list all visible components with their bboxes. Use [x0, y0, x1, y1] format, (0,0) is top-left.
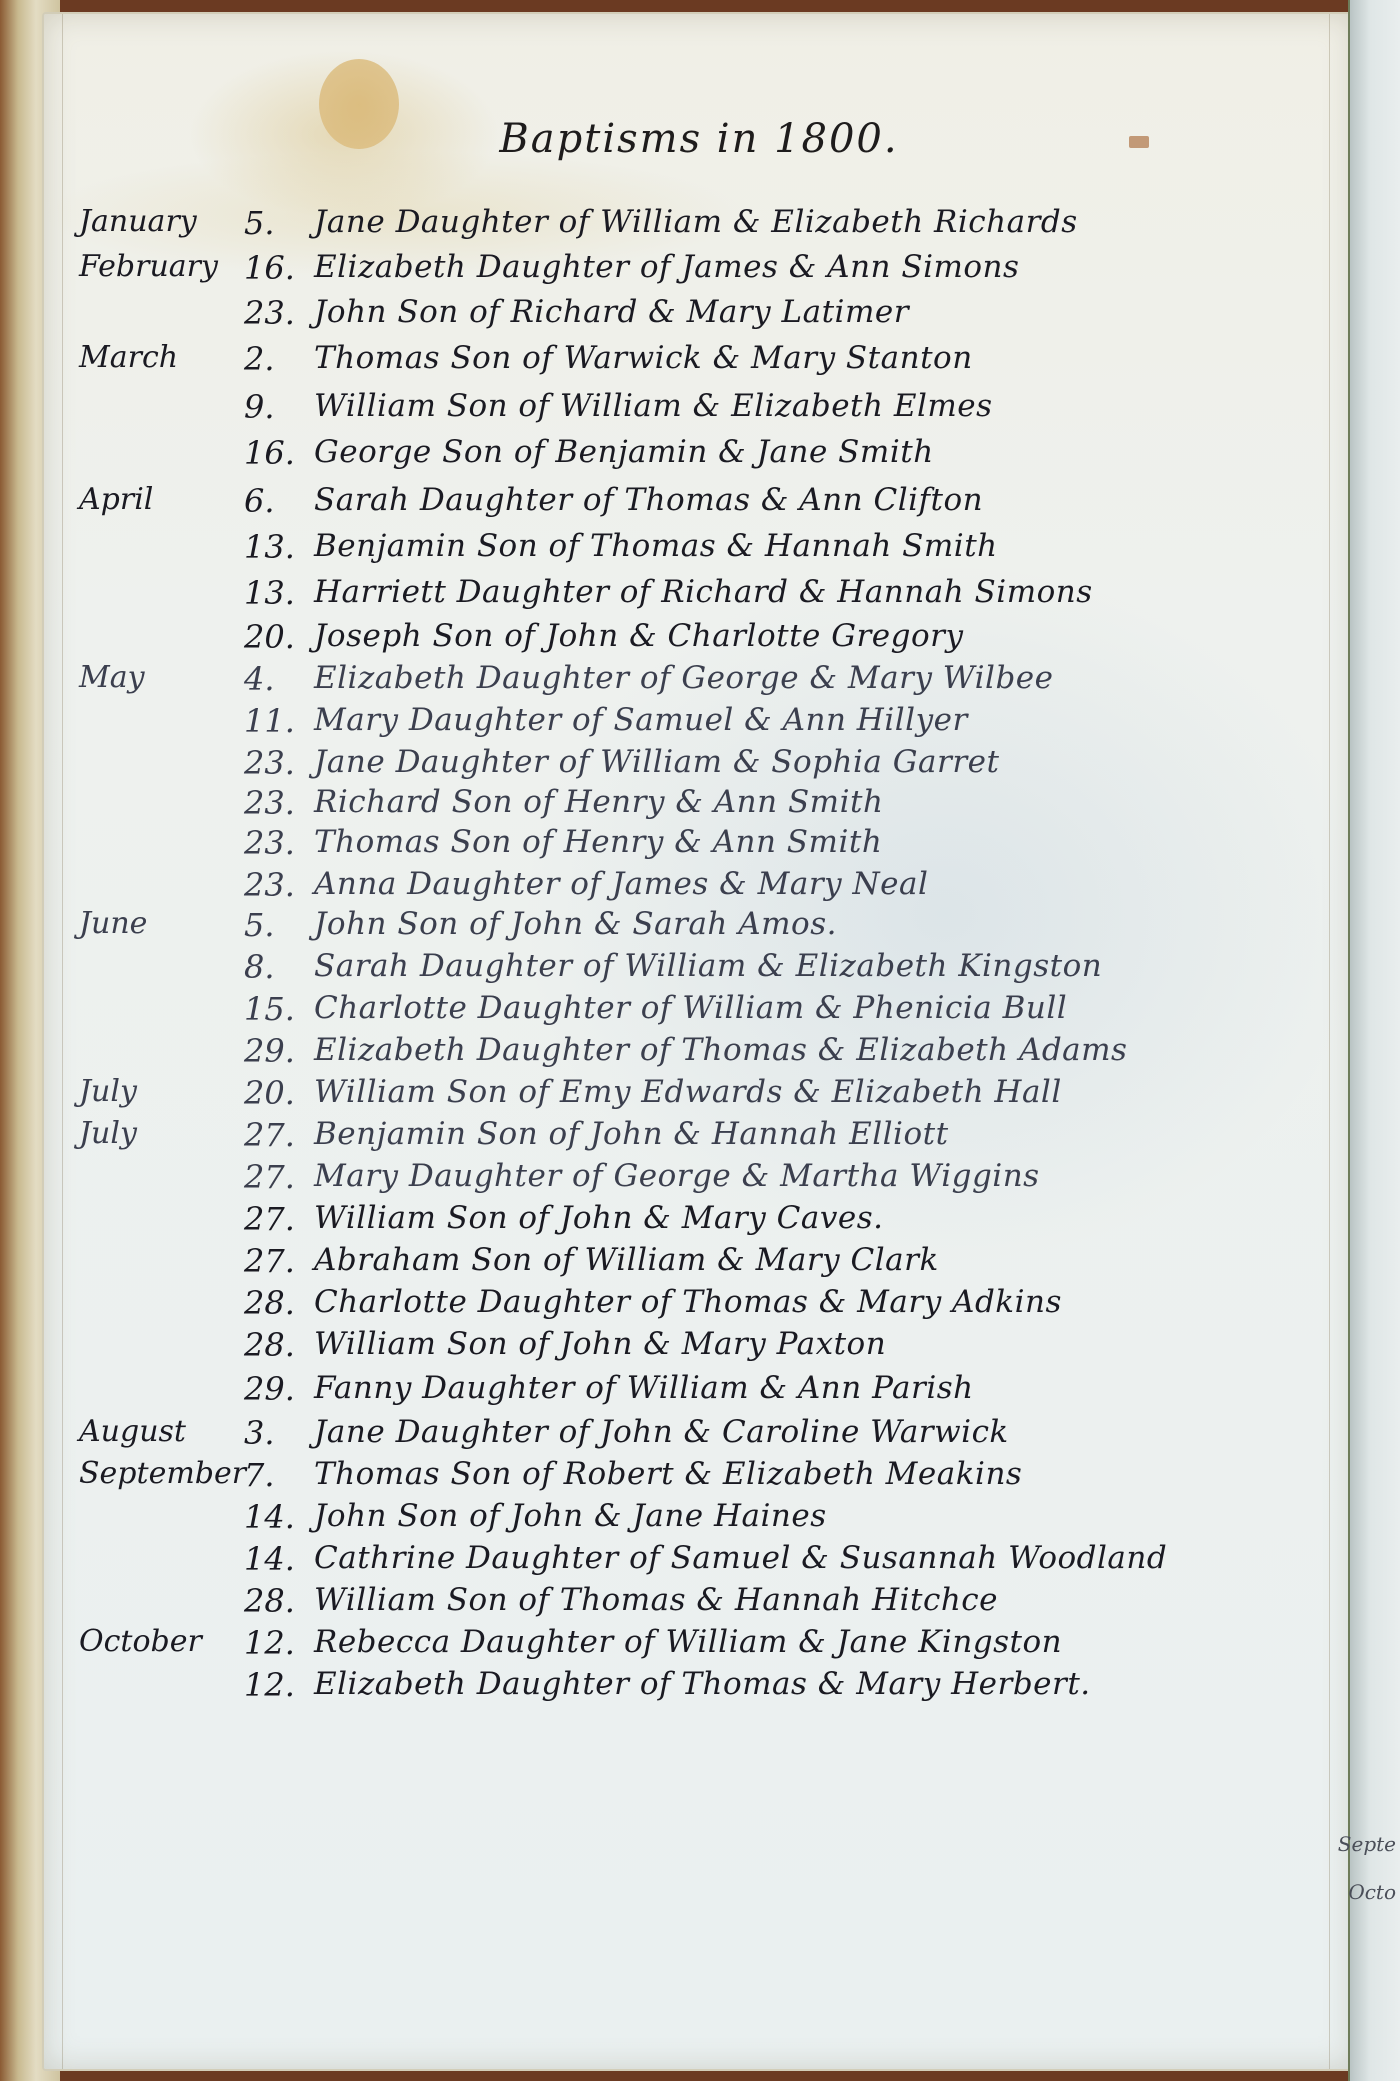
entry-text: Benjamin Son of John & Hannah Elliott: [314, 1116, 949, 1152]
entry-day: 29.: [244, 1370, 314, 1408]
baptism-entry: 14.Cathrine Daughter of Samuel & Susanna…: [44, 1540, 1354, 1582]
baptism-entry: 13.Harriett Daughter of Richard & Hannah…: [44, 574, 1354, 616]
entry-month: October: [79, 1624, 239, 1659]
baptism-entry: September7.Thomas Son of Robert & Elizab…: [44, 1456, 1354, 1498]
baptism-entry: October12.Rebecca Daughter of William & …: [44, 1624, 1354, 1666]
baptism-entry: 27.William Son of John & Mary Caves.: [44, 1200, 1354, 1242]
entry-text: Mary Daughter of Samuel & Ann Hillyer: [314, 702, 968, 738]
entry-day: 27.: [244, 1242, 314, 1280]
entry-day: 5.: [244, 906, 314, 944]
entry-month: February: [79, 249, 239, 284]
entry-text: John Son of John & Jane Haines: [314, 1498, 827, 1534]
baptism-entry: 9.William Son of William & Elizabeth Elm…: [44, 388, 1354, 430]
entry-text: Joseph Son of John & Charlotte Gregory: [314, 618, 964, 654]
entry-day: 14.: [244, 1498, 314, 1536]
entry-month: March: [79, 340, 239, 375]
baptism-entry: 29.Fanny Daughter of William & Ann Paris…: [44, 1370, 1354, 1412]
baptism-entry: 12.Elizabeth Daughter of Thomas & Mary H…: [44, 1666, 1354, 1708]
entry-text: Sarah Daughter of William & Elizabeth Ki…: [314, 948, 1102, 984]
baptism-entry: 28.William Son of John & Mary Paxton: [44, 1326, 1354, 1368]
baptism-entry: July27.Benjamin Son of John & Hannah Ell…: [44, 1116, 1354, 1158]
entry-day: 27.: [244, 1200, 314, 1238]
register-page: Baptisms in 1800. January5.Jane Daughter…: [42, 12, 1356, 2071]
entry-text: Jane Daughter of William & Elizabeth Ric…: [314, 204, 1078, 240]
entry-month: September: [79, 1456, 239, 1491]
entry-day: 28.: [244, 1326, 314, 1364]
entry-text: Jane Daughter of William & Sophia Garret: [314, 744, 999, 780]
entry-text: William Son of John & Mary Paxton: [314, 1326, 886, 1362]
facing-page-edge: Septe Octo: [1348, 0, 1400, 2081]
facing-page-note: Septe: [1338, 1832, 1396, 1856]
baptism-entry: 28.William Son of Thomas & Hannah Hitchc…: [44, 1582, 1354, 1624]
baptism-entry: 27.Abraham Son of William & Mary Clark: [44, 1242, 1354, 1284]
baptism-entry: 15.Charlotte Daughter of William & Pheni…: [44, 990, 1354, 1032]
entry-day: 4.: [244, 660, 314, 698]
entry-day: 23.: [244, 294, 314, 332]
entry-text: John Son of John & Sarah Amos.: [314, 906, 837, 942]
entry-text: Jane Daughter of John & Caroline Warwick: [314, 1414, 1009, 1450]
entry-day: 12.: [244, 1624, 314, 1662]
entry-month: August: [79, 1414, 239, 1449]
baptism-entry: July20.William Son of Emy Edwards & Eliz…: [44, 1074, 1354, 1116]
entry-text: William Son of John & Mary Caves.: [314, 1200, 883, 1236]
entry-month: July: [79, 1074, 239, 1109]
entry-text: Thomas Son of Warwick & Mary Stanton: [314, 340, 973, 376]
entry-text: Harriett Daughter of Richard & Hannah Si…: [314, 574, 1093, 610]
entry-text: George Son of Benjamin & Jane Smith: [314, 434, 934, 470]
baptism-entry: March2.Thomas Son of Warwick & Mary Stan…: [44, 340, 1354, 382]
entry-month: January: [79, 204, 239, 239]
baptism-entry: 20.Joseph Son of John & Charlotte Gregor…: [44, 618, 1354, 660]
baptism-entry: 11.Mary Daughter of Samuel & Ann Hillyer: [44, 702, 1354, 744]
entry-day: 16.: [244, 434, 314, 472]
page-title: Baptisms in 1800.: [44, 116, 1354, 162]
baptism-entry: January5.Jane Daughter of William & Eliz…: [44, 204, 1354, 246]
baptism-entry: 28.Charlotte Daughter of Thomas & Mary A…: [44, 1284, 1354, 1326]
baptism-entry: February16.Elizabeth Daughter of James &…: [44, 249, 1354, 291]
entry-text: William Son of Thomas & Hannah Hitchce: [314, 1582, 998, 1618]
entry-text: Thomas Son of Henry & Ann Smith: [314, 824, 882, 860]
entry-day: 3.: [244, 1414, 314, 1452]
baptism-entry: 23.Jane Daughter of William & Sophia Gar…: [44, 744, 1354, 786]
entry-text: Elizabeth Daughter of Thomas & Mary Herb…: [314, 1666, 1091, 1702]
baptism-entry: 29.Elizabeth Daughter of Thomas & Elizab…: [44, 1032, 1354, 1074]
entry-day: 9.: [244, 388, 314, 426]
entry-day: 11.: [244, 702, 314, 740]
entry-day: 29.: [244, 1032, 314, 1070]
baptism-entry: 16.George Son of Benjamin & Jane Smith: [44, 434, 1354, 476]
entry-text: William Son of Emy Edwards & Elizabeth H…: [314, 1074, 1062, 1110]
baptism-entry: 23.John Son of Richard & Mary Latimer: [44, 294, 1354, 336]
entry-text: Fanny Daughter of William & Ann Parish: [314, 1370, 974, 1406]
entry-text: Elizabeth Daughter of Thomas & Elizabeth…: [314, 1032, 1127, 1068]
entry-day: 13.: [244, 574, 314, 612]
entry-day: 23.: [244, 866, 314, 904]
entry-day: 12.: [244, 1666, 314, 1704]
entry-text: Rebecca Daughter of William & Jane Kings…: [314, 1624, 1062, 1660]
baptism-entry: June5.John Son of John & Sarah Amos.: [44, 906, 1354, 948]
entry-day: 23.: [244, 824, 314, 862]
entry-day: 8.: [244, 948, 314, 986]
entry-day: 23.: [244, 744, 314, 782]
entry-text: Anna Daughter of James & Mary Neal: [314, 866, 928, 902]
baptism-entry: 27.Mary Daughter of George & Martha Wigg…: [44, 1158, 1354, 1200]
entry-day: 2.: [244, 340, 314, 378]
baptism-entry: 13.Benjamin Son of Thomas & Hannah Smith: [44, 528, 1354, 570]
baptism-entry: 14.John Son of John & Jane Haines: [44, 1498, 1354, 1540]
baptism-entry: April6.Sarah Daughter of Thomas & Ann Cl…: [44, 482, 1354, 524]
entry-day: 27.: [244, 1158, 314, 1196]
entry-day: 20.: [244, 618, 314, 656]
entry-text: Richard Son of Henry & Ann Smith: [314, 784, 883, 820]
entry-day: 27.: [244, 1116, 314, 1154]
entry-month: July: [79, 1116, 239, 1151]
entry-text: Benjamin Son of Thomas & Hannah Smith: [314, 528, 998, 564]
entry-text: Abraham Son of William & Mary Clark: [314, 1242, 939, 1278]
entry-day: 20.: [244, 1074, 314, 1112]
entry-day: 28.: [244, 1582, 314, 1620]
baptism-entry: May4.Elizabeth Daughter of George & Mary…: [44, 660, 1354, 702]
entry-month: June: [79, 906, 239, 941]
entry-text: Elizabeth Daughter of James & Ann Simons: [314, 249, 1019, 285]
entry-text: Cathrine Daughter of Samuel & Susannah W…: [314, 1540, 1167, 1576]
entry-month: May: [79, 660, 239, 695]
baptism-entry: 23.Richard Son of Henry & Ann Smith: [44, 784, 1354, 826]
baptism-entry: 8.Sarah Daughter of William & Elizabeth …: [44, 948, 1354, 990]
baptism-entry: 23.Thomas Son of Henry & Ann Smith: [44, 824, 1354, 866]
entry-text: Sarah Daughter of Thomas & Ann Clifton: [314, 482, 983, 518]
entry-month: April: [79, 482, 239, 517]
baptism-entry: 23.Anna Daughter of James & Mary Neal: [44, 866, 1354, 908]
entry-text: Elizabeth Daughter of George & Mary Wilb…: [314, 660, 1054, 696]
entry-day: 23.: [244, 784, 314, 822]
baptism-entry: August3.Jane Daughter of John & Caroline…: [44, 1414, 1354, 1456]
entry-text: Mary Daughter of George & Martha Wiggins: [314, 1158, 1040, 1194]
entry-day: 7.: [244, 1456, 314, 1494]
entry-text: John Son of Richard & Mary Latimer: [314, 294, 909, 330]
entry-day: 5.: [244, 204, 314, 242]
entry-day: 15.: [244, 990, 314, 1028]
entry-day: 14.: [244, 1540, 314, 1578]
facing-page-note: Octo: [1348, 1880, 1396, 1904]
entry-text: Charlotte Daughter of Thomas & Mary Adki…: [314, 1284, 1062, 1320]
entry-text: Thomas Son of Robert & Elizabeth Meakins: [314, 1456, 1022, 1492]
entry-day: 13.: [244, 528, 314, 566]
entry-day: 6.: [244, 482, 314, 520]
entry-text: William Son of William & Elizabeth Elmes: [314, 388, 993, 424]
entry-text: Charlotte Daughter of William & Phenicia…: [314, 990, 1067, 1026]
entry-day: 28.: [244, 1284, 314, 1322]
entry-day: 16.: [244, 249, 314, 287]
